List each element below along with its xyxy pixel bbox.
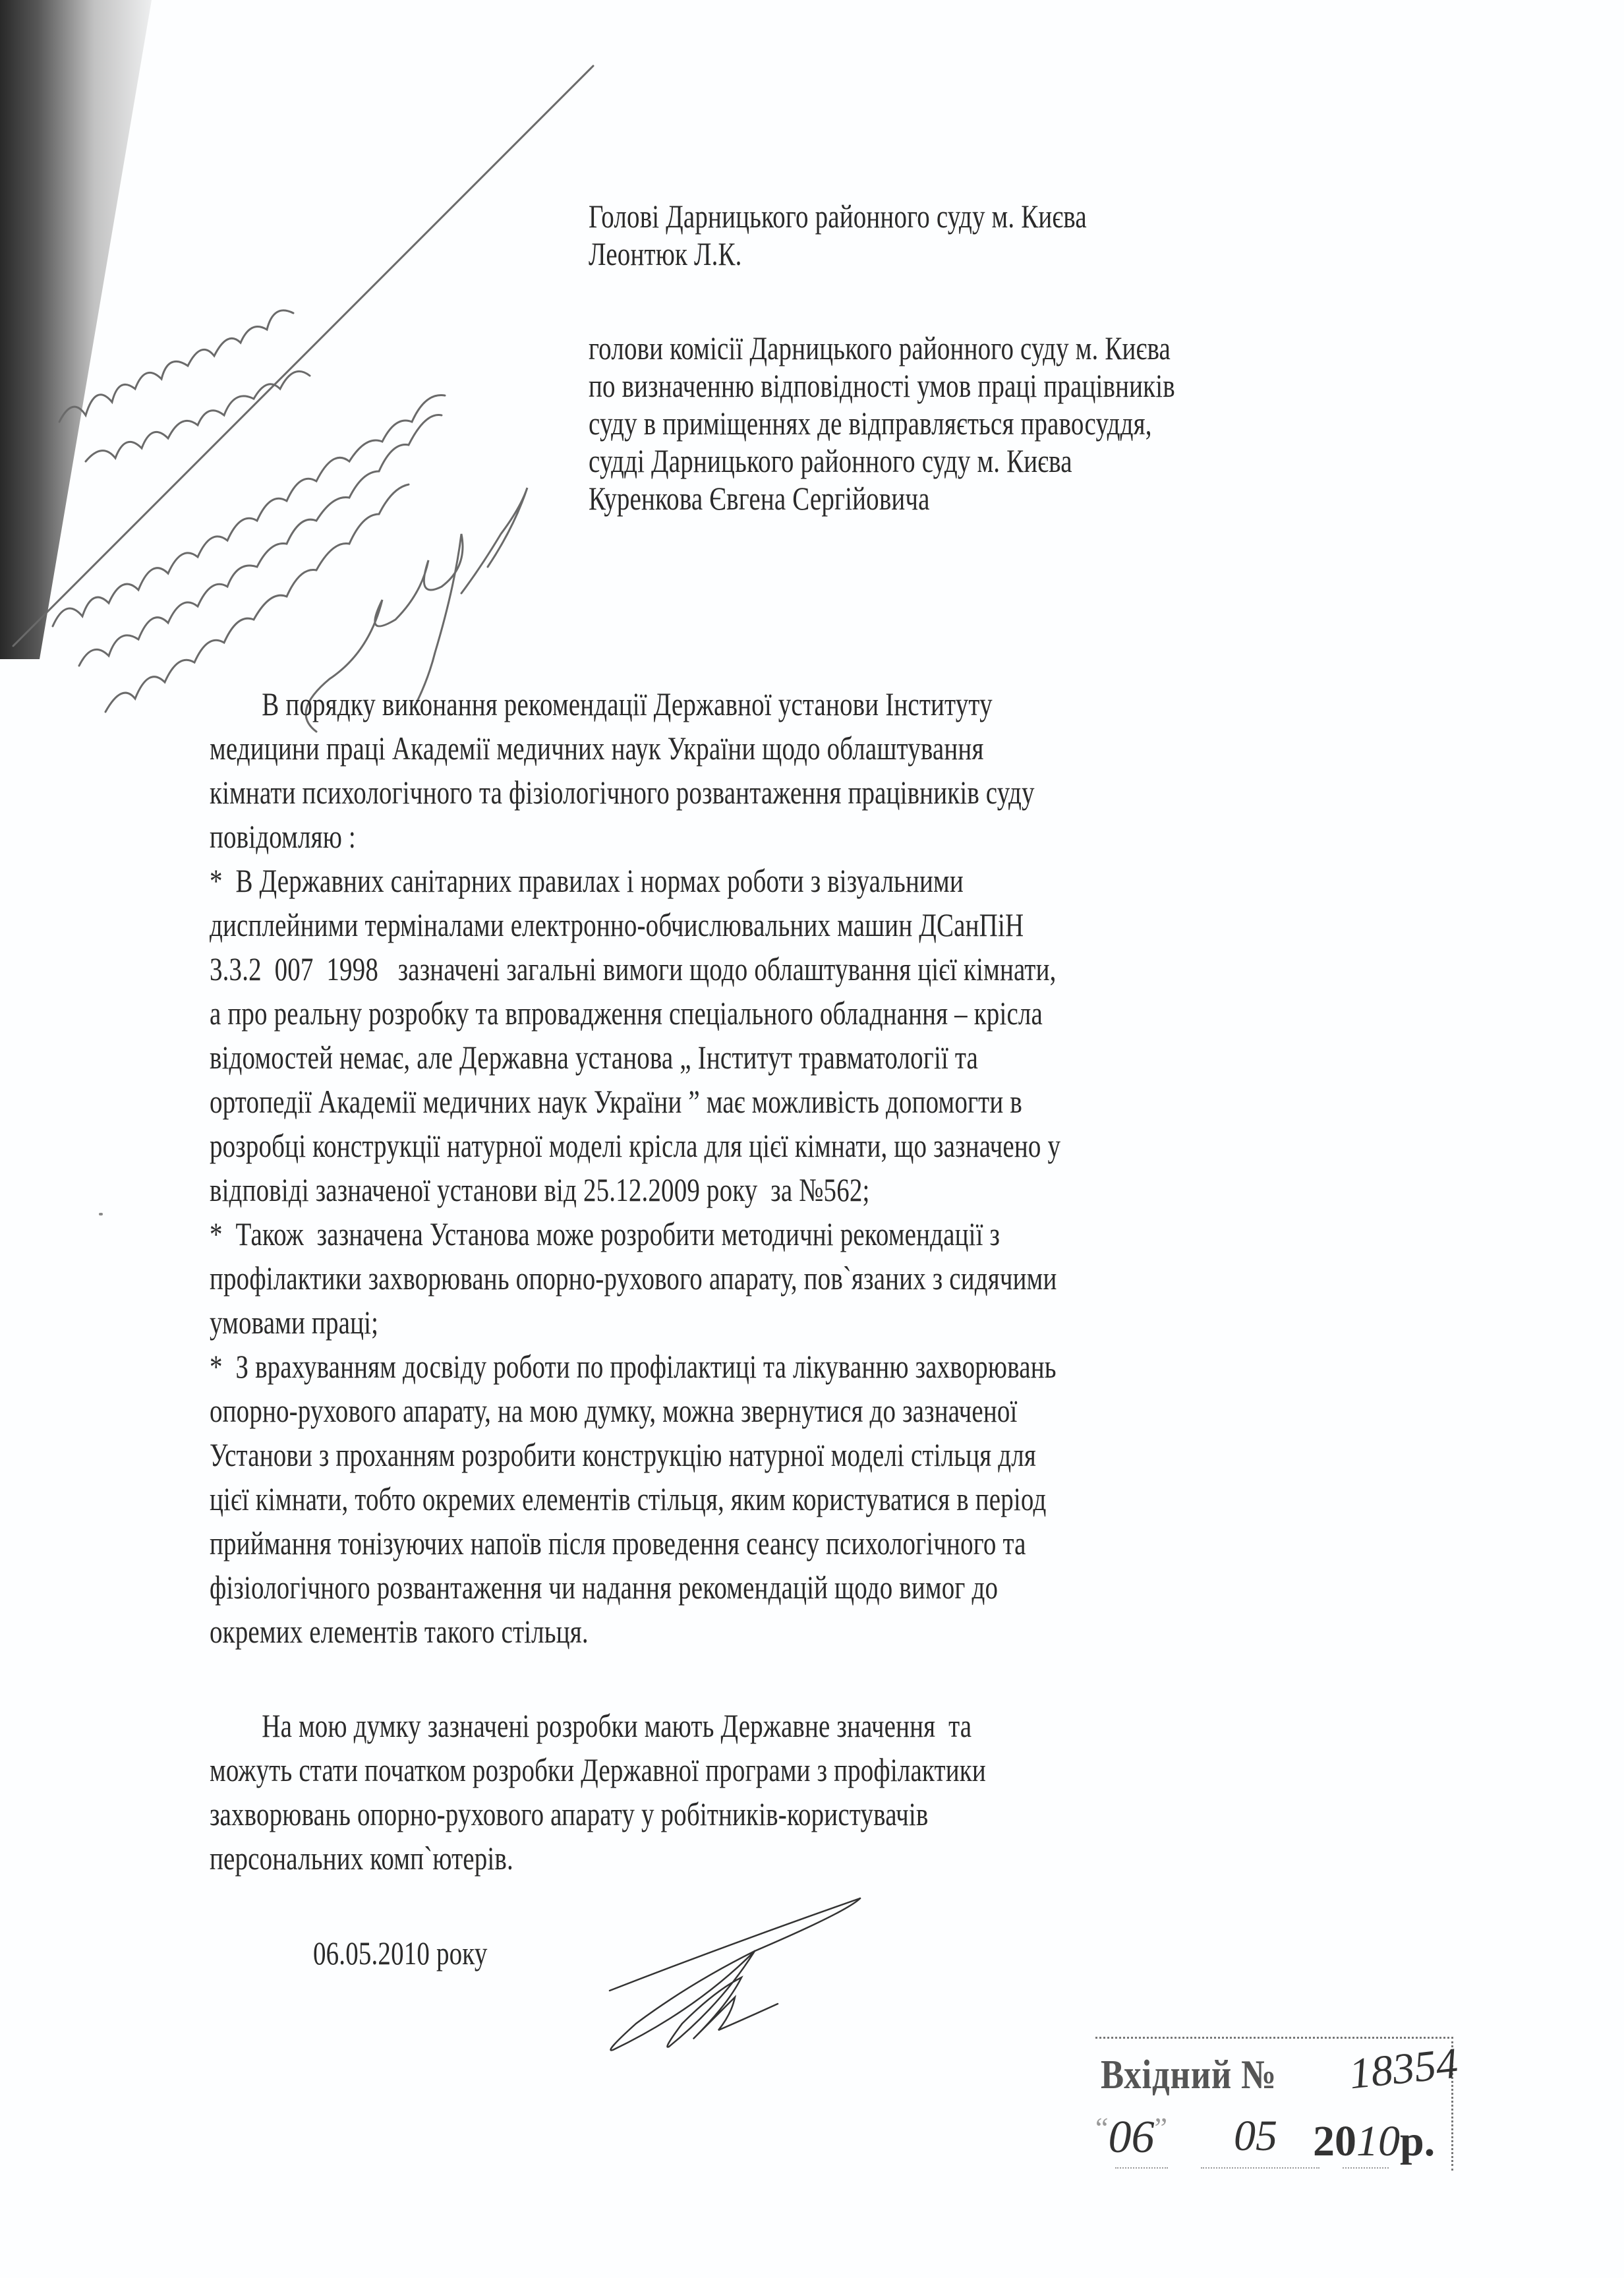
stamp-year: 2010р. [1313,2117,1435,2167]
body-line: дисплейними терміналами електронно-обчис… [210,906,1024,944]
body-line: приймання тонізуючих напоїв після провед… [210,1525,1026,1562]
stamp-year-unit: р. [1400,2117,1435,2165]
bullet-line: * Також зазначена Установа може розробит… [210,1215,1000,1253]
body-line: а про реальну розробку та впровадження с… [210,995,1043,1032]
sender-line: голови комісії Дарницького районного суд… [589,330,1171,367]
body-line: Установи з проханням розробити конструкц… [210,1436,1036,1474]
stamp-year-suffix: 10 [1356,2117,1400,2165]
stamp-year-prefix: 20 [1313,2117,1356,2165]
sender-line: Куренкова Євгена Сергійовича [589,480,930,517]
body-line: кімнати психологічного та фізіологічного… [210,774,1035,811]
body-line: фізіологічного розвантаження чи надання … [210,1569,998,1606]
body-line: ортопедії Академії медичних наук України… [210,1083,1022,1121]
body-line: окремих елементів такого стільця. [210,1613,589,1650]
body-line: відповіді зазначеної установи від 25.12.… [210,1171,870,1209]
conclusion-line: На мою думку зазначені розробки мають Де… [210,1707,971,1745]
body-line: цієї кімнати, тобто окремих елементів ст… [210,1480,1046,1518]
body-line: медицини праці Академії медичних наук Ук… [210,730,984,767]
conclusion-line: захворювань опорно-рухового апарату у ро… [210,1796,928,1833]
document-date: 06.05.2010 року [313,1935,487,1972]
signature-icon [596,1892,873,2057]
sender-line: по визначенню відповідності умов праці п… [589,367,1175,405]
conclusion-line: персональних комп`ютерів. [210,1840,513,1877]
bullet-line: * З врахуванням досвіду роботи по профіл… [210,1348,1057,1386]
body-line: В порядку виконання рекомендації Державн… [210,686,993,723]
stamp-month: 05 [1234,2111,1277,2161]
body-line: профілактики захворювань опорно-рухового… [210,1260,1057,1297]
bullet-line: * В Державних санітарних правилах і норм… [210,862,964,900]
scan-speck [99,1213,103,1215]
stamp-underline [1201,2167,1319,2170]
stamp-incoming-number: 18354 [1347,2039,1460,2100]
addressee-line: Голові Дарницького районного суду м. Киє… [589,198,1087,235]
body-line: повідомляю : [210,818,356,856]
body-line: відомостей немає, але Державна установа … [210,1039,978,1076]
body-line: 3.3.2 007 1998 зазначені загальні вимоги… [210,950,1057,988]
body-line: розробці конструкції натурної моделі крі… [210,1127,1060,1165]
body-line: умовами праці; [210,1304,378,1341]
body-line: опорно-рухового апарату, на мою думку, м… [210,1392,1018,1430]
conclusion-line: можуть стати початком розробки Державної… [210,1751,986,1789]
stamp-underline [1115,2167,1168,2170]
stamp-underline [1343,2167,1389,2170]
stamp-label: Вхідний № [1101,2052,1277,2099]
stamp-day-value: 06 [1109,2112,1155,2163]
addressee-line: Леонтюк Л.К. [589,235,742,273]
sender-line: суду в приміщеннях де відправляється пра… [589,405,1152,442]
sender-line: судді Дарницького районного суду м. Києв… [589,442,1072,480]
stamp-day: “06” [1095,2111,1167,2164]
incoming-stamp: Вхідний № 18354 “06” 05 2010р. [1095,2037,1453,2171]
